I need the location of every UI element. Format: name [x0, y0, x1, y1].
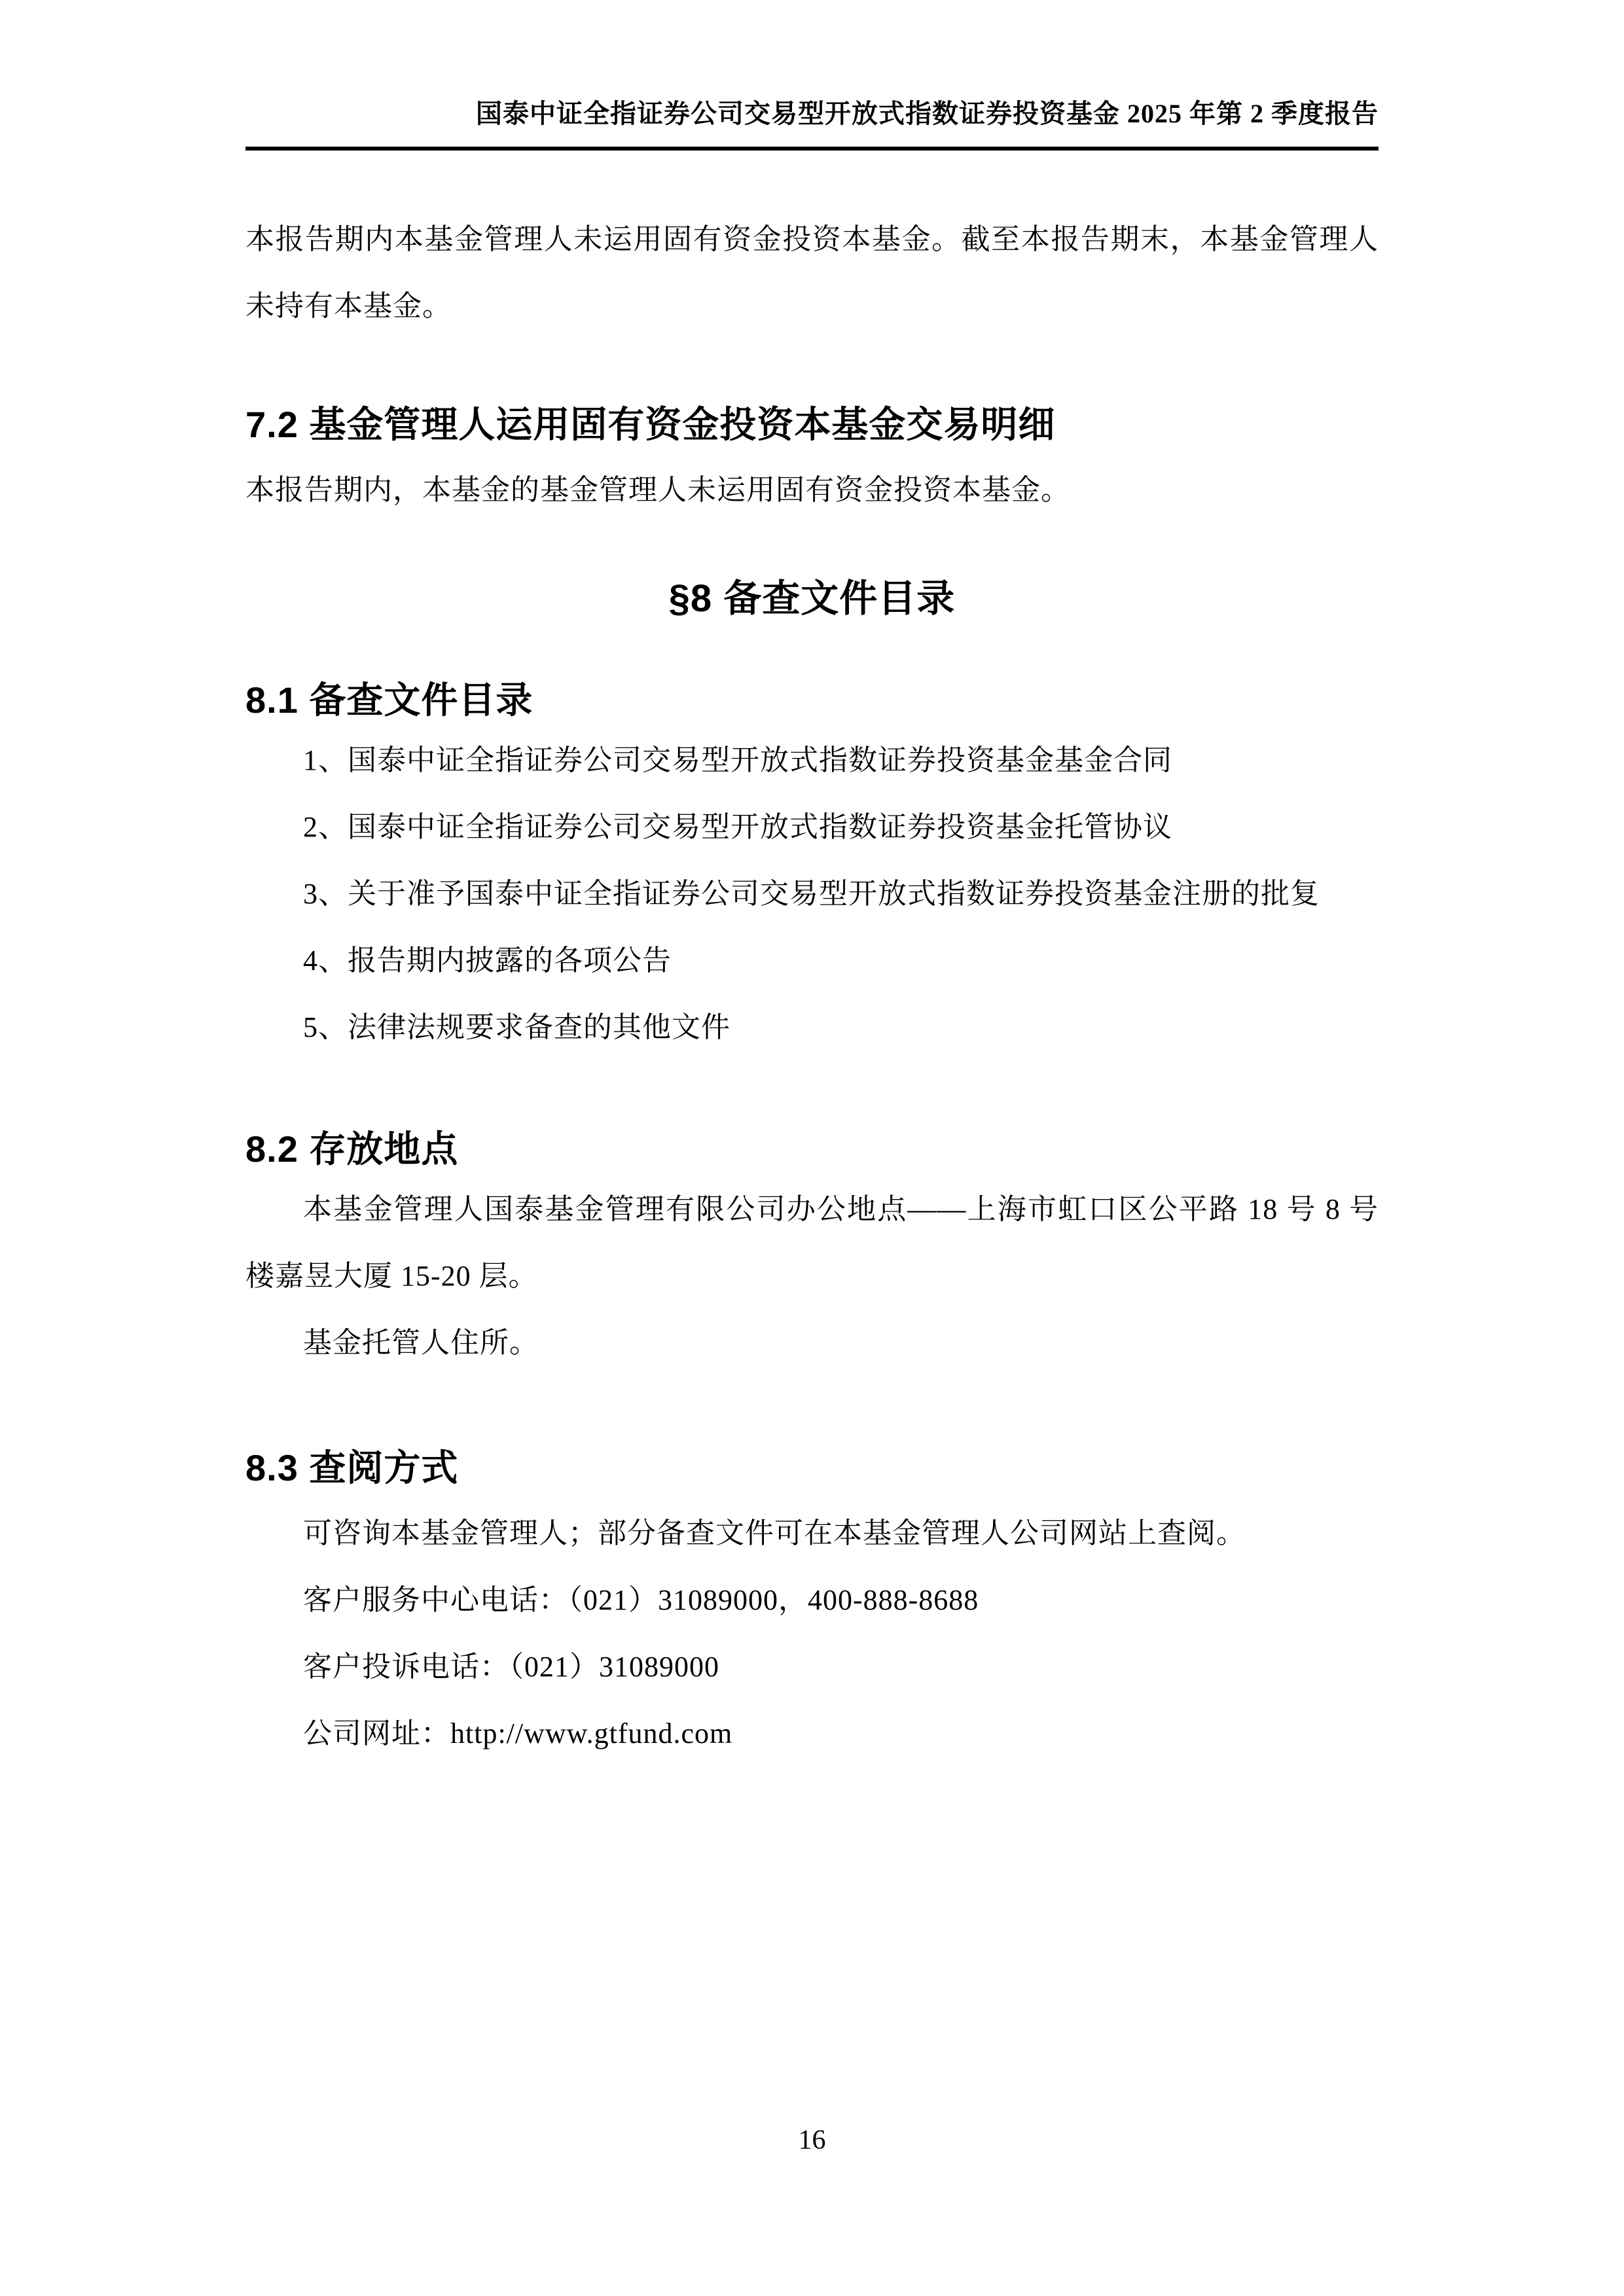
- customer-service-phone-line: 客户服务中心电话：（021）31089000，400-888-8688: [245, 1567, 1379, 1634]
- section-8-3-heading: 8.3 查阅方式: [245, 1445, 1379, 1491]
- page-header-title: 国泰中证全指证券公司交易型开放式指数证券投资基金 2025 年第 2 季度报告: [245, 98, 1379, 130]
- report-page: 国泰中证全指证券公司交易型开放式指数证券投资基金 2025 年第 2 季度报告 …: [0, 0, 1624, 2296]
- complaint-phone-line: 客户投诉电话：（021）31089000: [245, 1634, 1379, 1700]
- custodian-residence-paragraph: 基金托管人住所。: [245, 1310, 1379, 1376]
- header-rule: [245, 147, 1379, 151]
- chapter-8-title: §8 备查文件目录: [245, 573, 1379, 625]
- section-8-1-heading: 8.1 备查文件目录: [245, 677, 1379, 723]
- section-8-2-heading: 8.2 存放地点: [245, 1126, 1379, 1172]
- list-item: 5、法律法规要求备查的其他文件: [245, 994, 1379, 1061]
- section-7-2-paragraph: 本报告期内，本基金的基金管理人未运用固有资金投资本基金。: [245, 457, 1379, 524]
- section-7-2-heading: 7.2 基金管理人运用固有资金投资本基金交易明细: [245, 402, 1379, 448]
- filing-documents-list: 1、国泰中证全指证券公司交易型开放式指数证券投资基金基金合同 2、国泰中证全指证…: [245, 727, 1379, 1061]
- consultation-info: 可咨询本基金管理人；部分备查文件可在本基金管理人公司网站上查阅。 客户服务中心电…: [245, 1500, 1379, 1767]
- list-item: 3、关于准予国泰中证全指证券公司交易型开放式指数证券投资基金注册的批复: [245, 861, 1379, 927]
- list-item: 2、国泰中证全指证券公司交易型开放式指数证券投资基金托管协议: [245, 794, 1379, 861]
- intro-paragraph: 本报告期内本基金管理人未运用固有资金投资本基金。截至本报告期末，本基金管理人未持…: [245, 206, 1379, 340]
- storage-location-paragraph: 本基金管理人国泰基金管理有限公司办公地点——上海市虹口区公平路 18 号 8 号…: [245, 1176, 1379, 1310]
- company-website-line: 公司网址：http://www.gtfund.com: [245, 1700, 1379, 1767]
- consultation-method-line: 可咨询本基金管理人；部分备查文件可在本基金管理人公司网站上查阅。: [245, 1500, 1379, 1567]
- list-item: 4、报告期内披露的各项公告: [245, 927, 1379, 994]
- list-item: 1、国泰中证全指证券公司交易型开放式指数证券投资基金基金合同: [245, 727, 1379, 794]
- page-number: 16: [0, 2124, 1624, 2157]
